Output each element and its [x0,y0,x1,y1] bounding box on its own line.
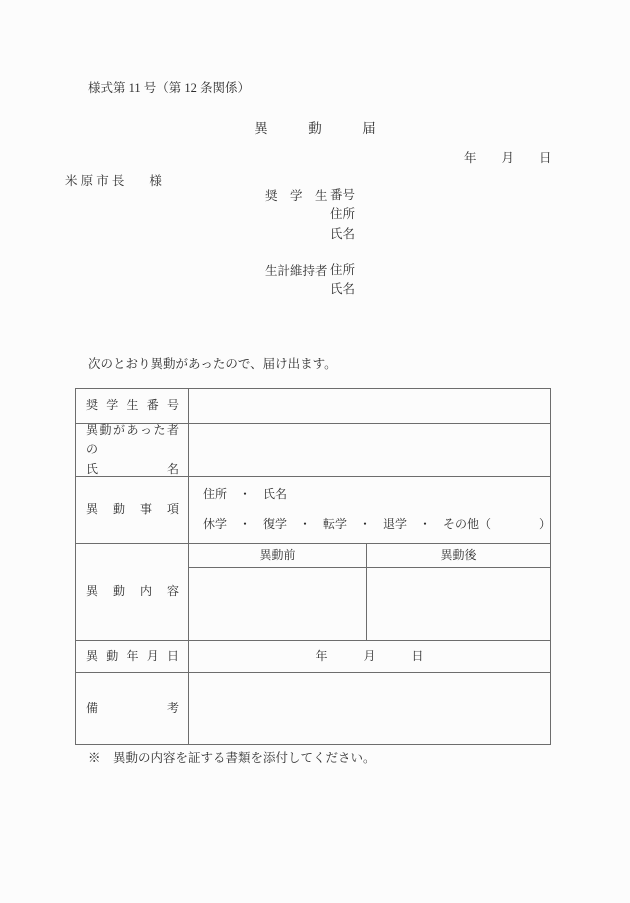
submission-date-line: 年 月 日 [464,148,552,166]
change-items-option-line2: 休学 ・ 復学 ・ 転学 ・ 退学 ・ その他（ ） [203,515,551,532]
after-change-value-cell [367,568,550,640]
table-row-remarks: 備 考 [76,672,550,744]
remarks-label-text: 備 考 [86,699,179,719]
person-name-label-cell: 異動があった者の 氏 名 [76,424,189,476]
supporter-address-label: 住所 [330,261,355,280]
change-details-header-row: 異動前 異動後 [189,544,550,568]
remarks-value-cell [189,673,550,744]
scholar-name-label: 氏名 [330,225,355,244]
change-notification-table: 奨 学 生 番 号 異動があった者の 氏 名 異 動 事 項 住所 ・ 氏名 休… [75,388,551,745]
change-date-value-cell: 年 月 日 [189,641,550,672]
table-row-change-date: 異 動 年 月 日 年 月 日 [76,640,550,672]
change-details-grid: 異動前 異動後 [189,544,550,640]
change-items-option-line1: 住所 ・ 氏名 [203,485,551,502]
scholar-number-label-text: 奨 学 生 番 号 [86,396,179,416]
change-date-label-text: 異 動 年 月 日 [86,647,179,667]
intro-sentence: 次のとおり異動があったので、届け出ます。 [88,354,337,372]
supporter-name-label: 氏名 [330,280,355,299]
supporter-fields: 住所 氏名 [330,261,355,300]
addressee-mayor: 米 原 市 長 様 [65,171,162,189]
person-name-value-cell [189,424,550,476]
after-change-header: 異動後 [367,544,550,567]
attachment-footnote: ※ 異動の内容を証する書類を添付してください。 [88,748,376,766]
table-row-change-items: 異 動 事 項 住所 ・ 氏名 休学 ・ 復学 ・ 転学 ・ 退学 ・ その他（… [76,476,550,543]
remarks-label-cell: 備 考 [76,673,189,744]
supporter-section-label: 生計維持者 [265,261,328,279]
change-items-options-cell: 住所 ・ 氏名 休学 ・ 復学 ・ 転学 ・ 退学 ・ その他（ ） [189,477,551,543]
table-row-change-details: 異 動 内 容 異動前 異動後 [76,543,550,640]
person-name-label-line1: 異動があった者の [86,421,179,460]
before-change-value-cell [189,568,367,640]
document-page: 様式第 11 号（第 12 条関係） 異 動 届 年 月 日 米 原 市 長 様… [0,0,630,903]
change-details-label-cell: 異 動 内 容 [76,544,189,640]
change-items-label-cell: 異 動 事 項 [76,477,189,543]
change-items-label-text: 異 動 事 項 [86,500,179,520]
scholar-fields: 番号 住所 氏名 [330,186,355,244]
before-change-header: 異動前 [189,544,367,567]
scholar-section-label: 奨 学 生 [265,186,328,204]
change-details-label-text: 異 動 内 容 [86,582,179,602]
scholar-number-label-cell: 奨 学 生 番 号 [76,389,189,423]
change-details-body-row [189,568,550,640]
form-number: 様式第 11 号（第 12 条関係） [88,78,250,96]
table-row-person-name: 異動があった者の 氏 名 [76,423,550,476]
change-date-label-cell: 異 動 年 月 日 [76,641,189,672]
scholar-number-value-cell [189,389,550,423]
document-title: 異 動 届 [0,117,630,137]
table-row-scholar-number: 奨 学 生 番 号 [76,389,550,423]
scholar-address-label: 住所 [330,205,355,224]
scholar-number-label: 番号 [330,186,355,205]
